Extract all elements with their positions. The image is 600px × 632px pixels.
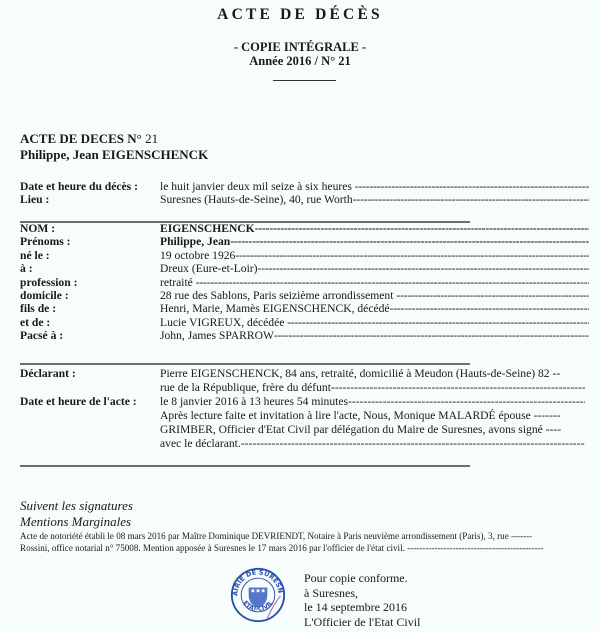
identity-label: fils de : <box>20 302 56 316</box>
identity-row: Prénoms :Philippe, Jean-----------------… <box>20 235 600 249</box>
section-divider-3 <box>20 465 470 467</box>
identity-value: Philippe, Jean--------------------------… <box>160 235 589 249</box>
acte-line-3: GRIMBER, Officier d'Etat Civil par délég… <box>160 423 585 437</box>
document-subtitle: - COPIE INTÉGRALE - <box>0 40 600 55</box>
deceased-name: Philippe, Jean EIGENSCHENCK <box>20 147 208 163</box>
identity-label: domicile : <box>20 289 69 303</box>
identity-value: 28 rue des Sablons, Paris seizième arron… <box>160 289 589 303</box>
declarant-line-2: rue de la République, frère du défunt---… <box>160 381 585 395</box>
identity-value: John, James SPARROW---------------------… <box>160 329 589 343</box>
mention-line-1: Acte de notoriété établi le 08 mars 2016… <box>20 531 532 542</box>
section-divider-2 <box>20 363 470 365</box>
certification-line-3: le 14 septembre 2016 <box>304 600 420 615</box>
identity-row: fils de :Henri, Marie, Mamès EIGENSCHENC… <box>20 302 600 316</box>
identity-row: Pacsé à :John, James SPARROW------------… <box>20 329 600 343</box>
year-number: Année 2016 / N° 21 <box>0 54 600 69</box>
declarant-label: Déclarant : <box>20 367 76 381</box>
acte-text: le 8 janvier 2016 à 13 heures 54 minutes… <box>160 395 585 451</box>
title-divider <box>273 80 336 81</box>
identity-label: Pacsé à : <box>20 329 63 343</box>
identity-value: EIGENSCHENCK----------------------------… <box>160 222 589 236</box>
identity-label: profession : <box>20 276 77 290</box>
mentions-title: Mentions Marginales <box>20 514 131 530</box>
declarant-text: Pierre EIGENSCHENCK, 84 ans, retraité, d… <box>160 367 585 395</box>
mention-line-2: Rossini, office notarial n° 75008. Menti… <box>20 543 543 554</box>
identity-label: NOM : <box>20 222 55 236</box>
death-date-label: Date et heure du décès : <box>20 180 138 194</box>
identity-label: à : <box>20 262 33 276</box>
identity-row: domicile :28 rue des Sablons, Paris seiz… <box>20 289 600 303</box>
certification-block: Pour copie conforme. à Suresnes, le 14 s… <box>304 571 420 629</box>
acte-date-label: Date et heure de l'acte : <box>20 395 137 409</box>
acte-line-1: le 8 janvier 2016 à 13 heures 54 minutes… <box>160 395 585 409</box>
certification-line-1: Pour copie conforme. <box>304 571 420 586</box>
certification-line-4: L'Officier de l'Etat Civil <box>304 615 420 630</box>
identity-label: Prénoms : <box>20 235 71 249</box>
identity-row: profession :retraité -------------------… <box>20 276 600 290</box>
death-date-value: le huit janvier deux mil seize à six heu… <box>160 180 589 194</box>
acte-heading: ACTE DE DECES N° 21 <box>20 131 158 147</box>
acte-line-4: avec le déclarant.----------------------… <box>160 437 585 451</box>
death-place-label: Lieu : <box>20 193 49 207</box>
identity-value: retraité -------------------------------… <box>160 276 589 290</box>
death-place-row: Lieu : Suresnes (Hauts-de-Seine), 40, ru… <box>20 193 600 207</box>
identity-row: à :Dreux (Eure-et-Loir)-----------------… <box>20 262 600 276</box>
identity-value: Lucie VIGREUX, décédée -----------------… <box>160 316 589 330</box>
identity-label: et de : <box>20 316 50 330</box>
identity-row: NOM :EIGENSCHENCK-----------------------… <box>20 222 600 236</box>
acte-number: 21 <box>142 131 158 146</box>
identity-value: Henri, Marie, Mamès EIGENSCHENCK, décédé… <box>160 302 589 316</box>
acte-line-2: Après lecture faite et invitation à lire… <box>160 409 585 423</box>
declarant-line-1: Pierre EIGENSCHENCK, 84 ans, retraité, d… <box>160 367 585 381</box>
official-stamp-icon: MAIRIE DE SURESNES ETAT-CIVIL <box>230 567 286 623</box>
identity-value: 19 octobre 1926-------------------------… <box>160 249 589 263</box>
signatures-note: Suivent les signatures <box>20 498 133 514</box>
death-place-value: Suresnes (Hauts-de-Seine), 40, rue Worth… <box>160 193 589 207</box>
certification-line-2: à Suresnes, <box>304 586 420 601</box>
acte-heading-text: ACTE DE DECES N° <box>20 131 142 146</box>
death-date-row: Date et heure du décès : le huit janvier… <box>20 180 600 194</box>
identity-value: Dreux (Eure-et-Loir)--------------------… <box>160 262 589 276</box>
identity-row: né le :19 octobre 1926------------------… <box>20 249 600 263</box>
identity-label: né le : <box>20 249 50 263</box>
document-title: ACTE DE DÉCÈS <box>0 6 600 24</box>
identity-row: et de :Lucie VIGREUX, décédée ----------… <box>20 316 600 330</box>
